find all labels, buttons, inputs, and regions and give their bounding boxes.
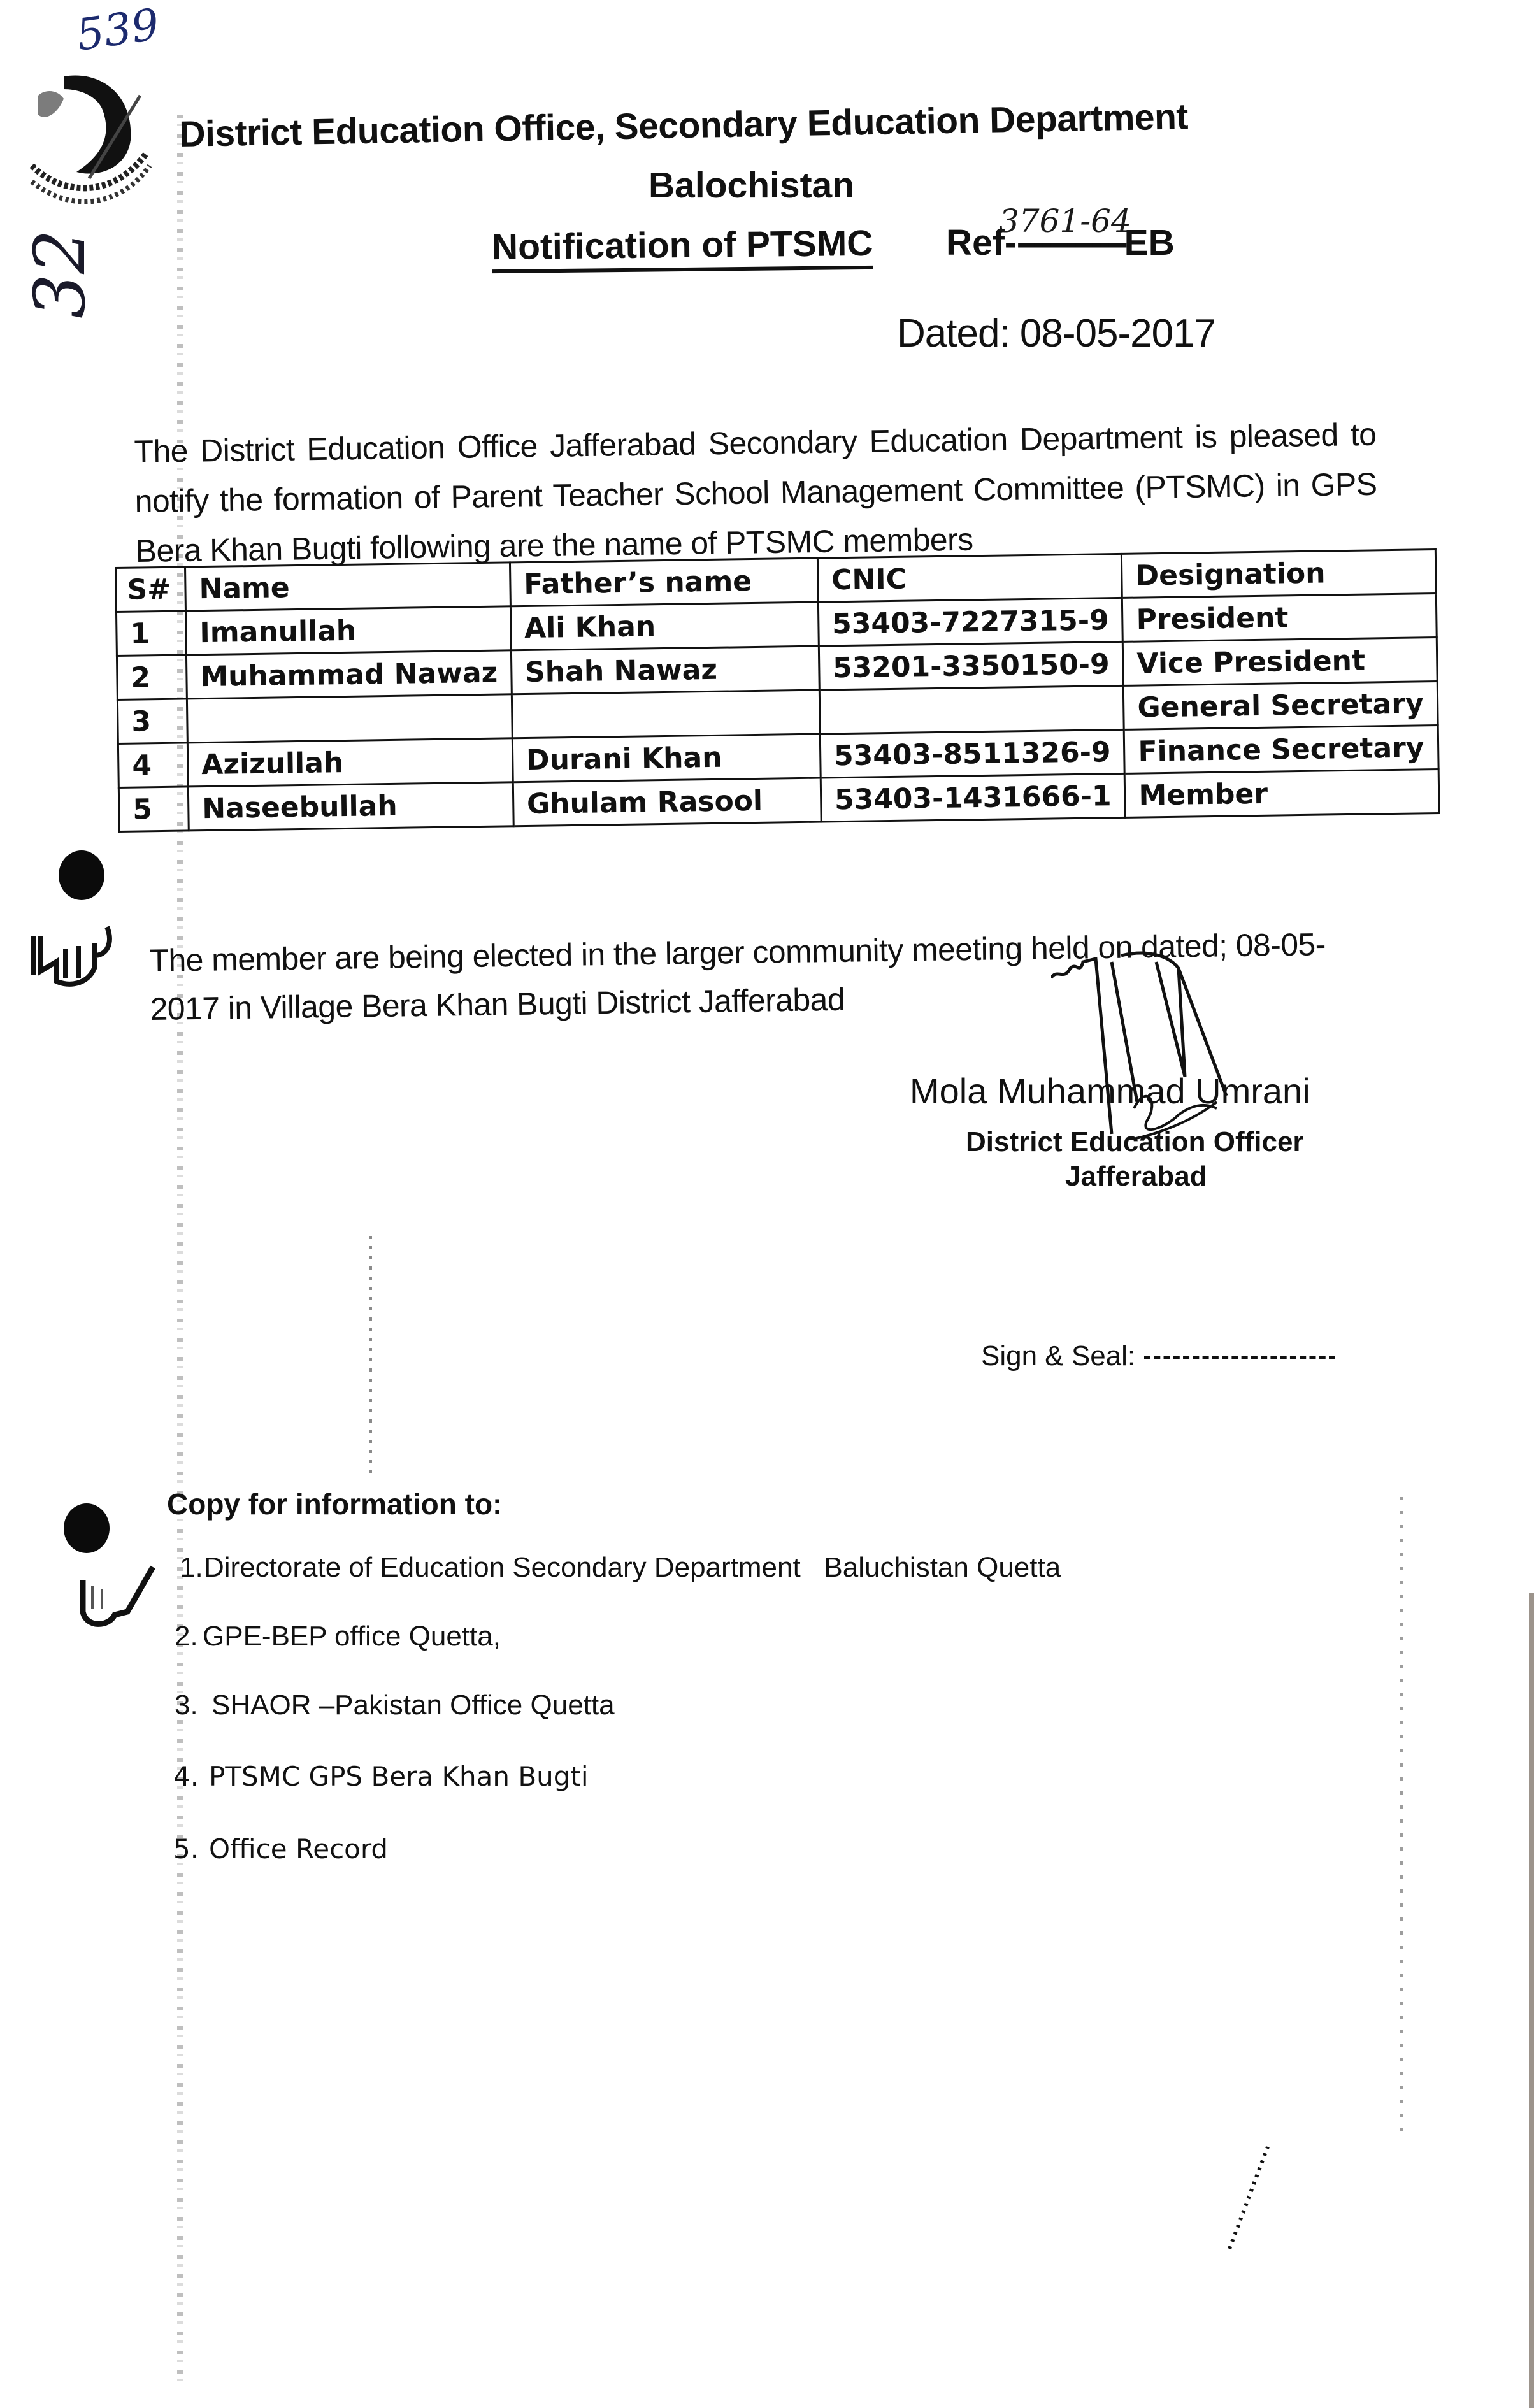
cell-name: Naseebullah — [188, 782, 513, 831]
cell-father-name: Shah Nawaz — [511, 646, 819, 694]
column-header-father-name: Father’s name — [510, 558, 818, 606]
copy-list-item: 1.Directorate of Education Secondary Dep… — [180, 1552, 1061, 1584]
signature-blank-line — [1144, 1356, 1335, 1359]
cell-father-name: Ali Khan — [510, 602, 819, 650]
cell-sn: 5 — [118, 787, 189, 832]
column-header-designation: Designation — [1122, 550, 1436, 598]
ref-handwritten-number: 3761-64 — [999, 203, 1131, 240]
signature-scribble-icon — [1051, 949, 1261, 1140]
punch-hole — [59, 850, 104, 900]
cell-cnic — [819, 685, 1124, 734]
cell-designation: Member — [1125, 770, 1439, 818]
copy-list-item: 5.Office Record — [173, 1833, 388, 1865]
copy-item-text: Office Record — [209, 1833, 388, 1865]
copy-item-number: 2. — [175, 1621, 203, 1652]
cell-designation: Vice President — [1123, 638, 1437, 686]
cell-name: Azizullah — [187, 738, 513, 787]
cell-sn: 3 — [117, 699, 187, 744]
copy-item-number: 3. — [175, 1689, 211, 1721]
copy-list-item: 2.GPE-BEP office Quetta, — [175, 1621, 501, 1652]
cell-sn: 2 — [117, 655, 187, 700]
scan-artifact-streak — [369, 1236, 372, 1478]
province-heading: Balochistan — [649, 164, 854, 206]
punch-hole — [64, 1503, 110, 1553]
column-header-cnic: CNIC — [817, 554, 1122, 602]
copy-item-number: 4. — [173, 1761, 209, 1792]
copy-list-item: 3.SHAOR –Pakistan Office Quetta — [175, 1689, 615, 1721]
margin-stamp-icon — [31, 924, 120, 987]
cell-name — [187, 694, 512, 743]
sign-and-seal-field: Sign & Seal: — [981, 1340, 1335, 1372]
copy-item-number: 1. — [180, 1552, 204, 1584]
signatory-title: District Education Officer — [966, 1126, 1304, 1158]
office-heading: District Education Office, Secondary Edu… — [179, 96, 1189, 155]
signatory-name: Mola Muhammad Umrani — [910, 1070, 1310, 1112]
cell-cnic: 53403-8511326-9 — [820, 729, 1124, 778]
copy-item-text: PTSMC GPS Bera Khan Bugti — [209, 1761, 589, 1792]
signatory-place: Jafferabad — [1065, 1161, 1207, 1193]
copy-list-item: 4.PTSMC GPS Bera Khan Bugti — [173, 1761, 589, 1792]
scan-artifact-page-edge — [1529, 0, 1534, 2408]
cell-cnic: 53403-1431666-1 — [821, 773, 1125, 822]
cell-name: Imanullah — [185, 606, 511, 655]
cell-designation: President — [1122, 594, 1437, 642]
column-header-name: Name — [185, 563, 511, 611]
ref-suffix: EB — [1124, 222, 1175, 263]
intro-paragraph: The District Education Office Jafferabad… — [134, 410, 1378, 576]
copy-item-text: Directorate of Education Secondary Depar… — [204, 1552, 1061, 1583]
cell-designation: General Secretary — [1124, 682, 1438, 730]
handwritten-page-number: 539 — [73, 0, 162, 61]
cell-designation: Finance Secretary — [1124, 726, 1438, 774]
notification-title: Notification of PTSMC — [492, 222, 873, 273]
cell-cnic: 53201-3350150-9 — [819, 641, 1123, 690]
government-emblem-icon — [25, 70, 153, 217]
cell-father-name: Durani Khan — [512, 734, 821, 782]
copy-heading: Copy for information to: — [167, 1487, 502, 1521]
copy-item-number: 5. — [173, 1833, 209, 1865]
scan-speckle-icon — [1223, 2140, 1287, 2255]
cell-father-name: Ghulam Rasool — [513, 778, 821, 826]
copy-item-text: GPE-BEP office Quetta, — [203, 1621, 501, 1652]
margin-initial-icon — [76, 1554, 166, 1631]
ptsmc-members-table: S# Name Father’s name CNIC Designation 1… — [115, 548, 1440, 833]
copy-item-text: SHAOR –Pakistan Office Quetta — [211, 1689, 615, 1721]
cell-father-name — [512, 690, 820, 738]
cell-name: Muhammad Nawaz — [186, 650, 512, 699]
notification-date: Dated: 08-05-2017 — [897, 311, 1215, 356]
sign-and-seal-label: Sign & Seal: — [981, 1340, 1135, 1372]
cell-cnic: 53403-7227315-9 — [818, 598, 1122, 646]
cell-sn: 4 — [118, 743, 188, 788]
handwritten-file-number: 32 — [19, 229, 101, 319]
cell-sn: 1 — [116, 611, 186, 656]
column-header-sn: S# — [116, 567, 186, 612]
scan-artifact-right-streak — [1400, 1497, 1403, 2134]
